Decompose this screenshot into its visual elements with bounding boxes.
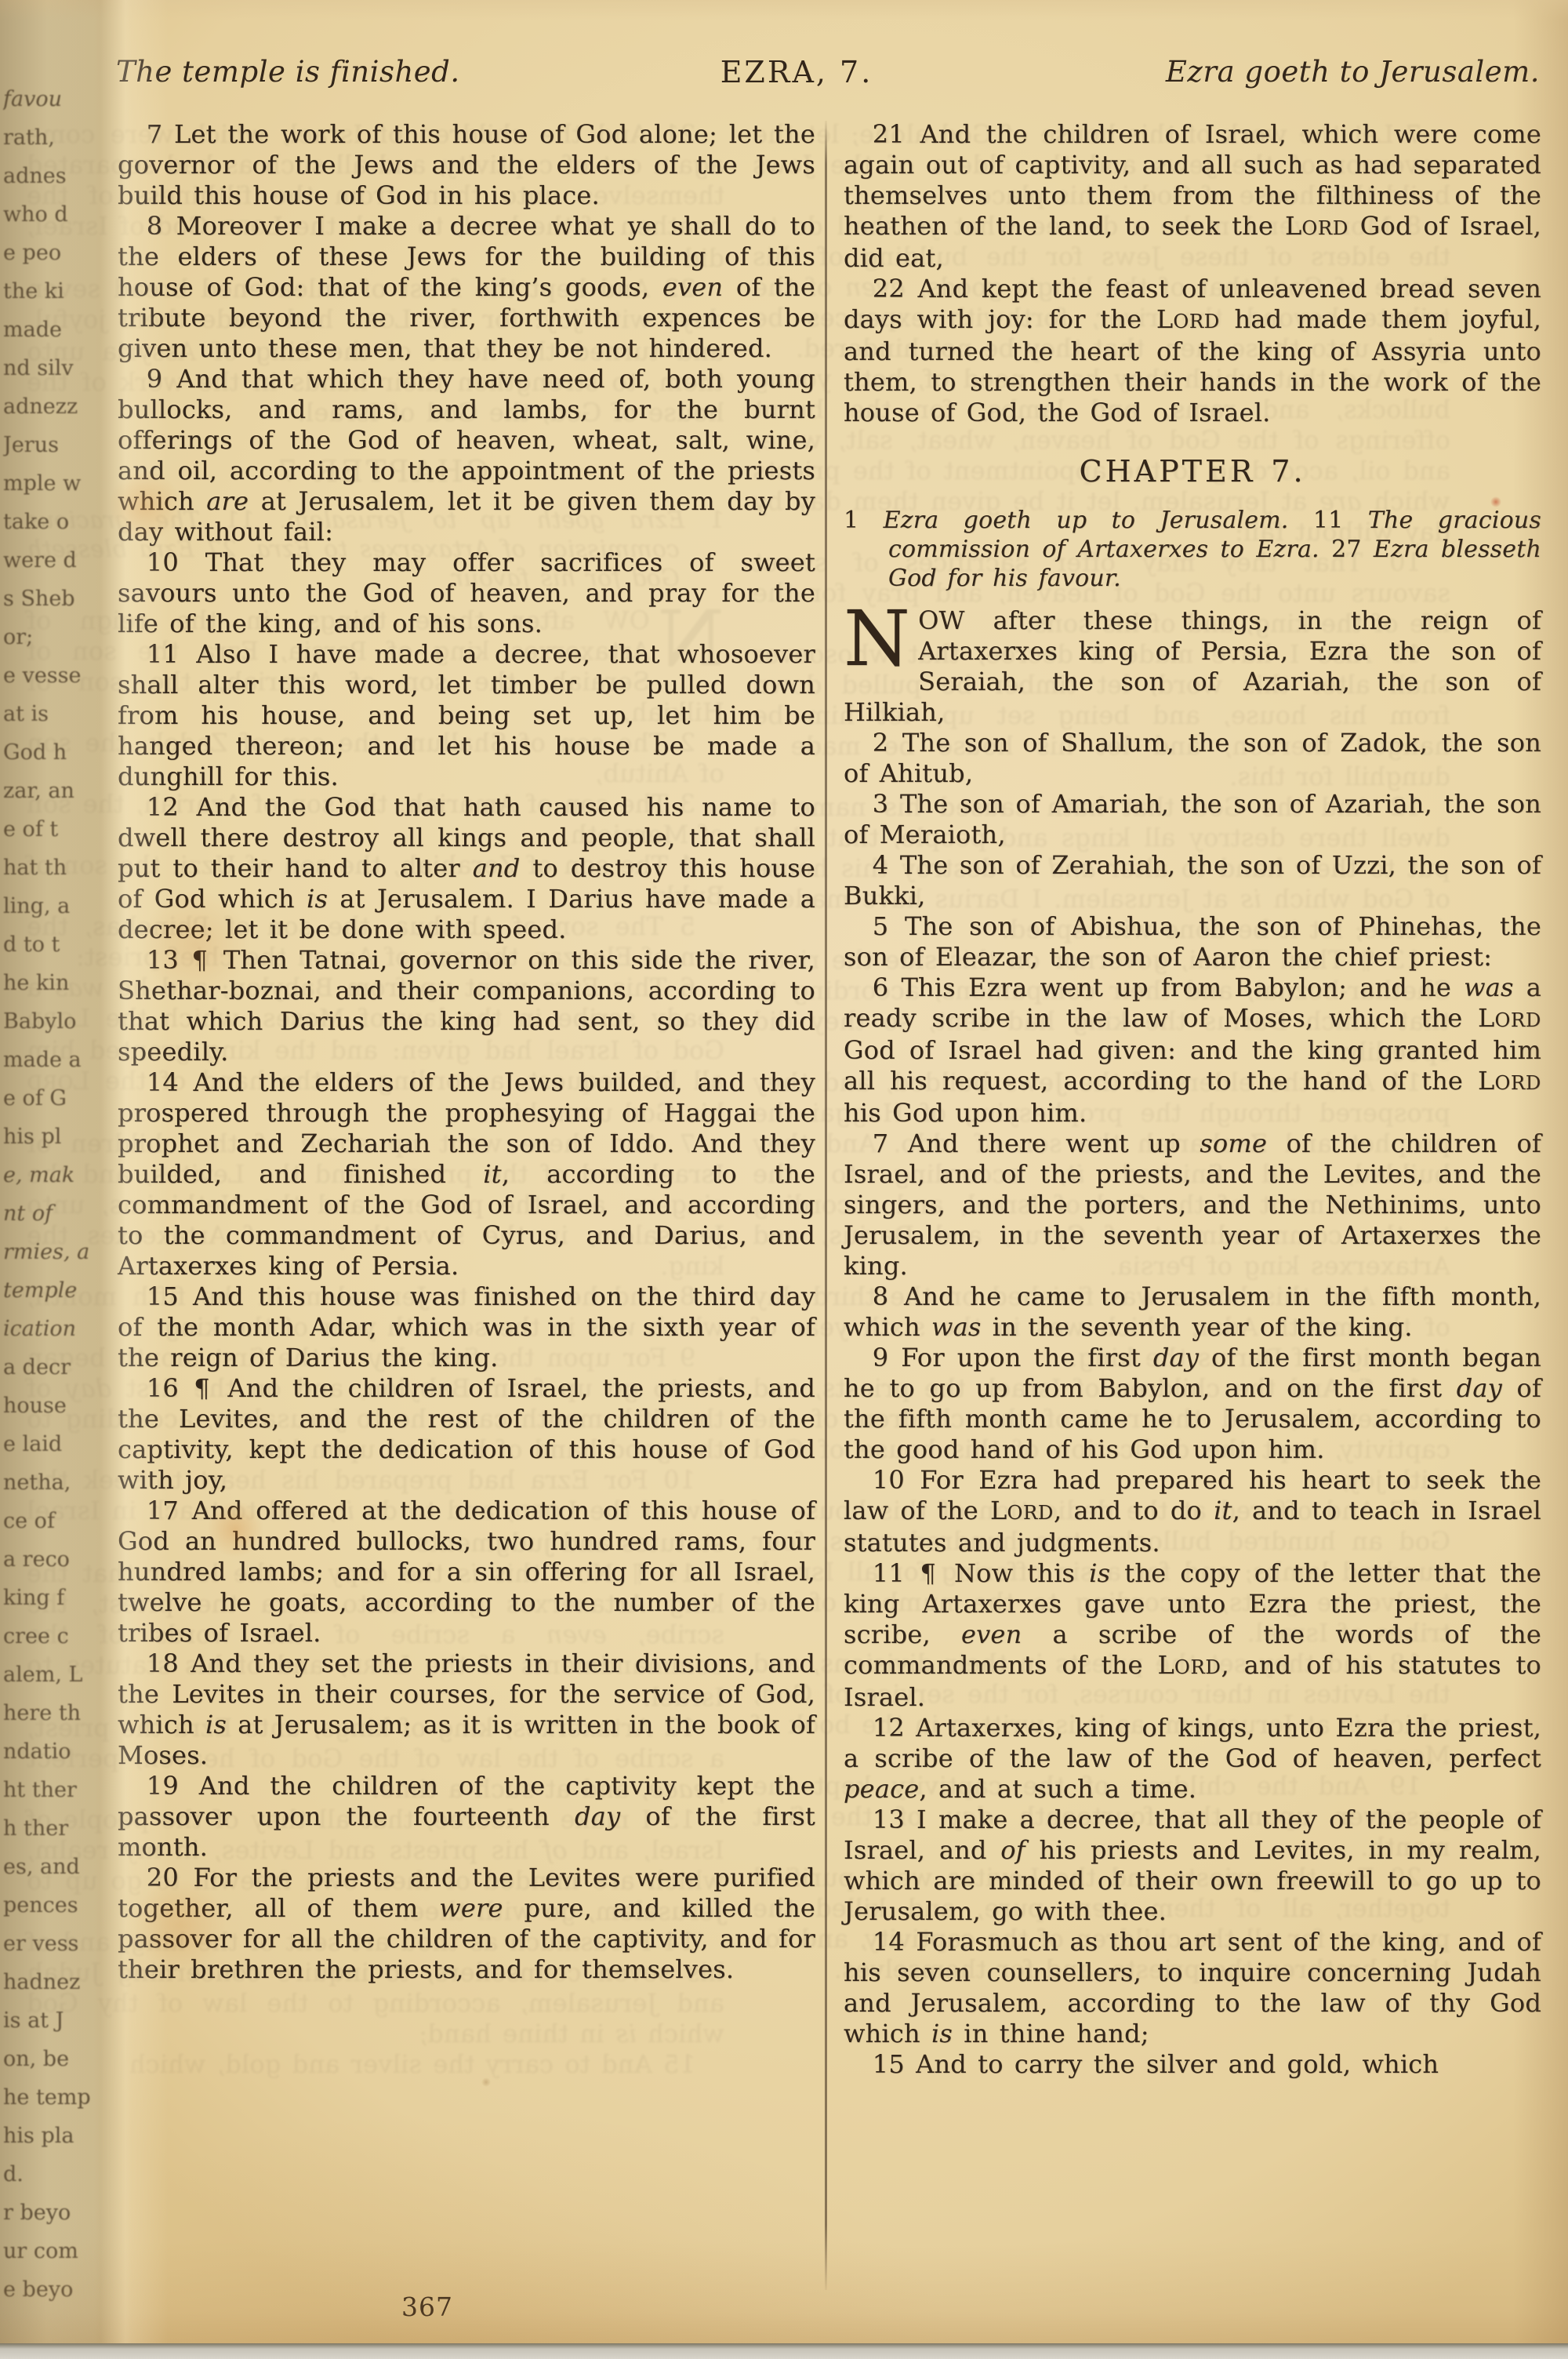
gutter-text-fragment: take o <box>3 511 103 534</box>
verse: 15 And to carry the silver and gold, whi… <box>844 2049 1541 2080</box>
gutter-text-fragment: e laid <box>3 1433 103 1456</box>
gutter-text-fragment: Jerus <box>3 434 103 457</box>
italic-word: was <box>931 1312 982 1342</box>
verse: 15 And this house was finished on the th… <box>118 1281 815 1373</box>
text-column-right: 21 And the children of Israel, which wer… <box>844 119 1541 2080</box>
verse-number: 22 <box>873 274 905 304</box>
gutter-text-fragment: rath, <box>3 126 103 150</box>
verse: 12 And the God that hath caused his name… <box>118 792 815 945</box>
verse: 10 For Ezra had prepared his heart to se… <box>844 1465 1541 1558</box>
verse-number: 3 <box>873 789 889 819</box>
gutter-text-fragment: the ki <box>3 280 103 304</box>
gutter-text-fragment: s Sheb <box>3 587 103 611</box>
verse: 21 And the children of Israel, which wer… <box>844 119 1541 274</box>
gutter-text-fragment: at is <box>3 703 103 726</box>
lord-smallcaps: LORD <box>1478 1003 1541 1033</box>
gutter-text-fragment: ndatio <box>3 1740 103 1764</box>
column-divider-rule <box>825 121 827 2290</box>
verse: 14 And the elders of the Jews builded, a… <box>118 1067 815 1281</box>
verse-number: 6 <box>873 972 889 1002</box>
scan-bottom-edge <box>0 2343 1568 2359</box>
gutter-text-fragment: d. <box>3 2163 103 2186</box>
verse-number: 13 <box>147 945 179 975</box>
verse: 10 That they may offer sacrifices of swe… <box>118 547 815 639</box>
verse: 5 The son of Abishua, the son of Phineha… <box>844 911 1541 972</box>
gutter-text-fragment: e, mak <box>3 1164 103 1187</box>
verse-number: 14 <box>873 1927 905 1957</box>
verse: 16 ¶ And the children of Israel, the pri… <box>118 1373 815 1496</box>
chapter-summary: 1 Ezra goeth up to Jerusalem. 11 The gra… <box>844 506 1541 593</box>
lord-smallcaps: LORD <box>1285 211 1348 241</box>
verse: 13 I make a decree, that all they of the… <box>844 1805 1541 1927</box>
verse-number: 19 <box>147 1771 179 1801</box>
running-head: The temple is finished. EZRA, 7. Ezra go… <box>0 55 1568 99</box>
gutter-text-fragment: nd silv <box>3 357 103 380</box>
verse: 19 And the children of the captivity kep… <box>118 1771 815 1863</box>
verse-number: 4 <box>873 850 889 880</box>
verse-number: 2 <box>873 728 889 758</box>
verse-number: 7 <box>147 119 163 149</box>
verse: 11 Also I have made a decree, that whoso… <box>118 639 815 792</box>
verse-number: 15 <box>873 2049 905 2079</box>
italic-word: are <box>206 486 249 516</box>
verse-number: 11 <box>147 639 179 669</box>
verse: 14 Forasmuch as thou art sent of the kin… <box>844 1927 1541 2049</box>
lord-smallcaps: LORD <box>990 1496 1054 1525</box>
verse: 11 ¶ Now this is the copy of the letter … <box>844 1558 1541 1713</box>
text-column-left: 7 Let the work of this house of God alon… <box>118 119 815 1985</box>
verse: 7 Let the work of this house of God alon… <box>118 119 815 211</box>
verse: 8 And he came to Jerusalem in the fifth … <box>844 1281 1541 1343</box>
gutter-text-fragment: or; <box>3 626 103 649</box>
gutter-text-fragment: here th <box>3 1702 103 1725</box>
gutter-previous-page-edge: favourath,adneswho de peothe kimadend si… <box>0 0 133 2359</box>
running-head-right: Ezra goeth to Jerusalem. <box>1166 55 1540 89</box>
running-head-center: EZRA, 7. <box>720 55 873 89</box>
gutter-text-fragment: rmies, a <box>3 1241 103 1264</box>
gutter-text-fragment: were d <box>3 549 103 572</box>
verse-number: 14 <box>147 1067 179 1097</box>
gutter-text-fragment: temple <box>3 1279 103 1303</box>
verse: 9 And that which they have need of, both… <box>118 364 815 547</box>
verse: 13 ¶ Then Tatnai, governor on this side … <box>118 945 815 1067</box>
verse: 7 And there went up some of the children… <box>844 1129 1541 1281</box>
gutter-text-fragment: Babylo <box>3 1010 103 1034</box>
italic-word: was <box>1464 972 1514 1002</box>
verse: 12 Artaxerxes, king of kings, unto Ezra … <box>844 1713 1541 1805</box>
verse: 17 And offered at the dedication of this… <box>118 1496 815 1648</box>
page-number: 367 <box>118 2292 737 2322</box>
verse: 9 For upon the first day of the first mo… <box>844 1343 1541 1465</box>
verse-number: 9 <box>147 364 163 394</box>
bible-page-scan: favourath,adneswho de peothe kimadend si… <box>0 0 1568 2359</box>
italic-word: it <box>1214 1496 1232 1525</box>
gutter-text-fragment: r beyo <box>3 2201 103 2225</box>
verse-number: 8 <box>873 1281 889 1311</box>
running-head-left: The temple is finished. <box>116 55 460 89</box>
lord-smallcaps: LORD <box>1157 1650 1221 1680</box>
italic-word: day <box>1457 1373 1502 1403</box>
verse: 18 And they set the priests in their div… <box>118 1648 815 1771</box>
verse-number: 18 <box>147 1648 179 1678</box>
verse-number: 10 <box>147 547 179 577</box>
verse-number: 10 <box>873 1465 905 1495</box>
gutter-text-fragment: a reco <box>3 1548 103 1572</box>
gutter-text-fragment: ht ther <box>3 1779 103 1802</box>
pilcrow-mark: ¶ <box>193 1373 214 1403</box>
verse-number: 21 <box>873 119 905 149</box>
verse-number: 11 <box>873 1558 905 1588</box>
gutter-text-fragment: es, and <box>3 1856 103 1879</box>
gutter-text-fragment: king f <box>3 1587 103 1610</box>
verse: 22 And kept the feast of unleavened brea… <box>844 274 1541 428</box>
italic-word: even <box>662 272 723 302</box>
gutter-text-fragment: on, be <box>3 2048 103 2071</box>
gutter-text-fragment: he temp <box>3 2086 103 2110</box>
pilcrow-mark: ¶ <box>191 945 212 975</box>
gutter-text-fragment: mple w <box>3 472 103 496</box>
italic-word: day <box>575 1801 620 1831</box>
gutter-text-fragment: er vess <box>3 1932 103 1956</box>
italic-word: of <box>1000 1835 1025 1865</box>
italic-word: some <box>1200 1129 1267 1158</box>
gutter-text-fragment: e of G <box>3 1087 103 1110</box>
verse-number: 7 <box>873 1129 889 1158</box>
verse: NOW after these things, in the reign of … <box>844 605 1541 728</box>
verse: 4 The son of Zerahiah, the son of Uzzi, … <box>844 850 1541 911</box>
gutter-text-fragment: adnezz <box>3 395 103 419</box>
gutter-text-fragment: made a <box>3 1049 103 1072</box>
verse-number: 17 <box>147 1496 179 1525</box>
italic-word: is <box>931 2019 953 2048</box>
italic-word: is <box>205 1710 227 1739</box>
gutter-text-fragment: he kin <box>3 972 103 995</box>
gutter-text-fragment: d to t <box>3 933 103 957</box>
gutter-text-fragment: zar, an <box>3 780 103 803</box>
verse-number: 12 <box>147 792 179 822</box>
verse-number: 16 <box>147 1373 179 1403</box>
gutter-text-fragment: who d <box>3 203 103 227</box>
verse-number: 5 <box>873 911 889 941</box>
gutter-text-fragment: ce of <box>3 1510 103 1533</box>
gutter-text-fragment: is at J <box>3 2009 103 2033</box>
verse-number: 9 <box>873 1343 889 1372</box>
verse-number: 12 <box>873 1713 905 1743</box>
italic-word: peace <box>844 1774 919 1804</box>
gutter-text-fragment: house <box>3 1394 103 1418</box>
gutter-text-fragment: made <box>3 318 103 342</box>
gutter-text-fragment: h ther <box>3 1817 103 1841</box>
italic-word: and <box>473 853 521 883</box>
italic-word: day <box>1153 1343 1199 1372</box>
verse: 3 The son of Amariah, the son of Azariah… <box>844 789 1541 850</box>
verse-number: 13 <box>873 1805 905 1834</box>
gutter-text-fragment: ication <box>3 1318 103 1341</box>
gutter-text-fragment: ling, a <box>3 895 103 918</box>
verse-number: 8 <box>147 211 163 241</box>
gutter-text-fragment: his pla <box>3 2125 103 2148</box>
italic-word: were <box>439 1893 503 1923</box>
gutter-text-fragment: cree c <box>3 1625 103 1648</box>
gutter-text-fragment: adnes <box>3 165 103 188</box>
gutter-text-fragment: hat th <box>3 856 103 880</box>
pilcrow-mark: ¶ <box>919 1558 940 1588</box>
gutter-text-fragment: a decr <box>3 1356 103 1379</box>
gutter-text-fragment: e peo <box>3 242 103 265</box>
gutter-text-fragment: hadnez <box>3 1971 103 1994</box>
gutter-text-fragment: pences <box>3 1894 103 1917</box>
italic-word: even <box>961 1619 1022 1649</box>
verse-number: 15 <box>147 1281 179 1311</box>
gutter-text-fragment: e of t <box>3 818 103 841</box>
italic-word: is <box>1089 1558 1110 1588</box>
verse: 20 For the priests and the Levites were … <box>118 1863 815 1985</box>
gutter-text-fragment: alem, L <box>3 1663 103 1687</box>
italic-word: is <box>307 884 328 914</box>
italic-word: it <box>483 1159 502 1189</box>
gutter-text-fragment: netha, <box>3 1471 103 1495</box>
verse-number: 20 <box>147 1863 179 1892</box>
gutter-text-fragment: God h <box>3 741 103 765</box>
gutter-text-fragment: nt of <box>3 1202 103 1226</box>
lord-smallcaps: LORD <box>1156 304 1220 334</box>
verse: 2 The son of Shallum, the son of Zadok, … <box>844 728 1541 789</box>
gutter-text-fragment: e beyo <box>3 2278 103 2302</box>
italic-word: Ezra goeth up to Jerusalem. <box>884 507 1289 534</box>
verse: 6 This Ezra went up from Babylon; and he… <box>844 972 1541 1129</box>
gutter-text-fragment: e vesse <box>3 664 103 688</box>
gutter-text-fragment: ur com <box>3 2240 103 2263</box>
gutter-text-fragment: his pl <box>3 1125 103 1149</box>
chapter-heading: CHAPTER 7. <box>844 456 1541 487</box>
drop-cap: N <box>844 605 918 669</box>
lord-smallcaps: LORD <box>1478 1066 1541 1096</box>
verse: 8 Moreover I make a decree what ye shall… <box>118 211 815 364</box>
